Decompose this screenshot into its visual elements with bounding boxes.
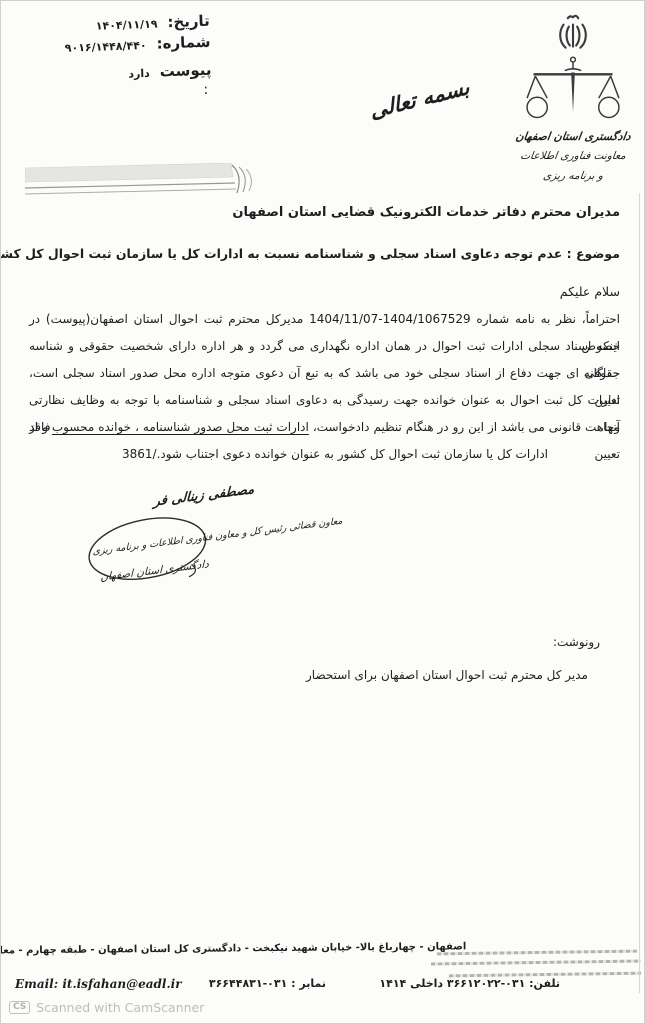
letter-salutation: سلام علیکم: [560, 284, 620, 299]
number-value: ۹۰۱۶/۱۴۴۸/۴۴۰: [65, 39, 147, 55]
letter-body: احتراماً، نظر به نامه شماره 1404/1067529…: [29, 306, 620, 468]
decorative-band: [25, 163, 259, 203]
footer-stripe-2: [431, 960, 641, 966]
meta-number-row: شماره: ۹۰۱۶/۱۴۴۸/۴۴۰: [20, 33, 211, 58]
signature-name: مصطفی زینالی فر: [153, 482, 254, 510]
signature-block: مصطفی زینالی فر معاون قضائی رئیس کل و مع…: [53, 466, 351, 620]
scales-of-justice-icon: [525, 55, 621, 123]
date-value: ۱۴۰۴/۱۱/۱۹: [96, 18, 158, 33]
besmele-calligraphy: بسمه تعالی: [369, 75, 471, 123]
org-line-3: و برنامه ریزی: [507, 167, 640, 186]
footer-email: Email: it.isfahan@eadl.ir: [15, 977, 182, 991]
footer-address: اصفهان - چهارباغ بالا- خیابان شهید نیکبخ…: [0, 941, 466, 957]
letter-meta-block: تاریخ: ۱۴۰۴/۱۱/۱۹ شماره: ۹۰۱۶/۱۴۴۸/۴۴۰ پ…: [20, 12, 213, 105]
number-label: شماره:: [156, 33, 211, 53]
underlined-clause: ادارات ثبت محل صدور شناسنامه ، خوانده مح…: [52, 420, 309, 434]
meta-date-row: تاریخ: ۱۴۰۴/۱۱/۱۹: [20, 12, 211, 37]
org-name-lines: دادگستری استان اصفهان معاونت فناوری اطلا…: [508, 127, 638, 186]
letterhead-emblem-block: دادگستری استان اصفهان معاونت فناوری اطلا…: [508, 13, 638, 186]
body-line-3: جداگانه ای جهت دفاع از اسناد سجلی خود می…: [29, 360, 620, 387]
body-line-2: اینکه اسناد سجلی ادارات ثبت احوال در هما…: [29, 333, 620, 360]
footer-stripe-1: [437, 950, 637, 956]
body-line-1: احتراماً، نظر به نامه شماره 1404/1067529…: [29, 306, 620, 333]
body-line-5: وجاهت قانونی می باشد از این رو در هنگام …: [29, 414, 620, 441]
camscanner-watermark: CS Scanned with CamScanner: [9, 1000, 204, 1015]
attachment-colon: :: [22, 82, 212, 105]
footer-phone: تلفن: ۰۳۱-۳۶۶۱۲۰۲۲ داخلی ۱۴۱۴: [379, 977, 560, 990]
scan-edge-line: [639, 193, 641, 993]
camscanner-badge-icon: CS: [9, 1001, 30, 1014]
camscanner-text: Scanned with CamScanner: [36, 1000, 204, 1015]
meta-attachment-row: پیوست دارد: [21, 61, 212, 86]
cc-label: رونوشت:: [553, 635, 600, 649]
date-label: تاریخ:: [167, 12, 210, 31]
attachment-value: دارد: [128, 67, 150, 81]
org-line-1: دادگستری استان اصفهان: [507, 127, 640, 147]
scanned-letter-page: تاریخ: ۱۴۰۴/۱۱/۱۹ شماره: ۹۰۱۶/۱۴۴۸/۴۴۰ پ…: [0, 0, 645, 1024]
org-line-2: معاونت فناوری اطلاعات: [507, 147, 640, 166]
letter-subject: موضوع : عدم توجه دعاوی اسناد سجلی و شناس…: [0, 246, 620, 261]
body-line-5-pre: وجاهت قانونی می باشد از این رو در هنگام …: [309, 420, 620, 434]
footer-fax: نمابر : ۰۳۱-۳۶۶۴۴۸۳۱: [209, 977, 326, 990]
iran-emblem-icon: [555, 13, 591, 55]
letter-recipient: مدیران محترم دفاتر خدمات الکترونیک قضایی…: [232, 205, 620, 220]
body-line-6: ادارات کل یا سازمان ثبت احوال کل کشور به…: [29, 441, 620, 468]
attachment-label: پیوست: [159, 61, 211, 81]
body-line-4: ادارات کل ثبت احوال به عنوان خوانده جهت …: [29, 387, 620, 414]
cc-item: مدیر کل محترم ثبت احوال استان اصفهان برا…: [306, 668, 588, 682]
